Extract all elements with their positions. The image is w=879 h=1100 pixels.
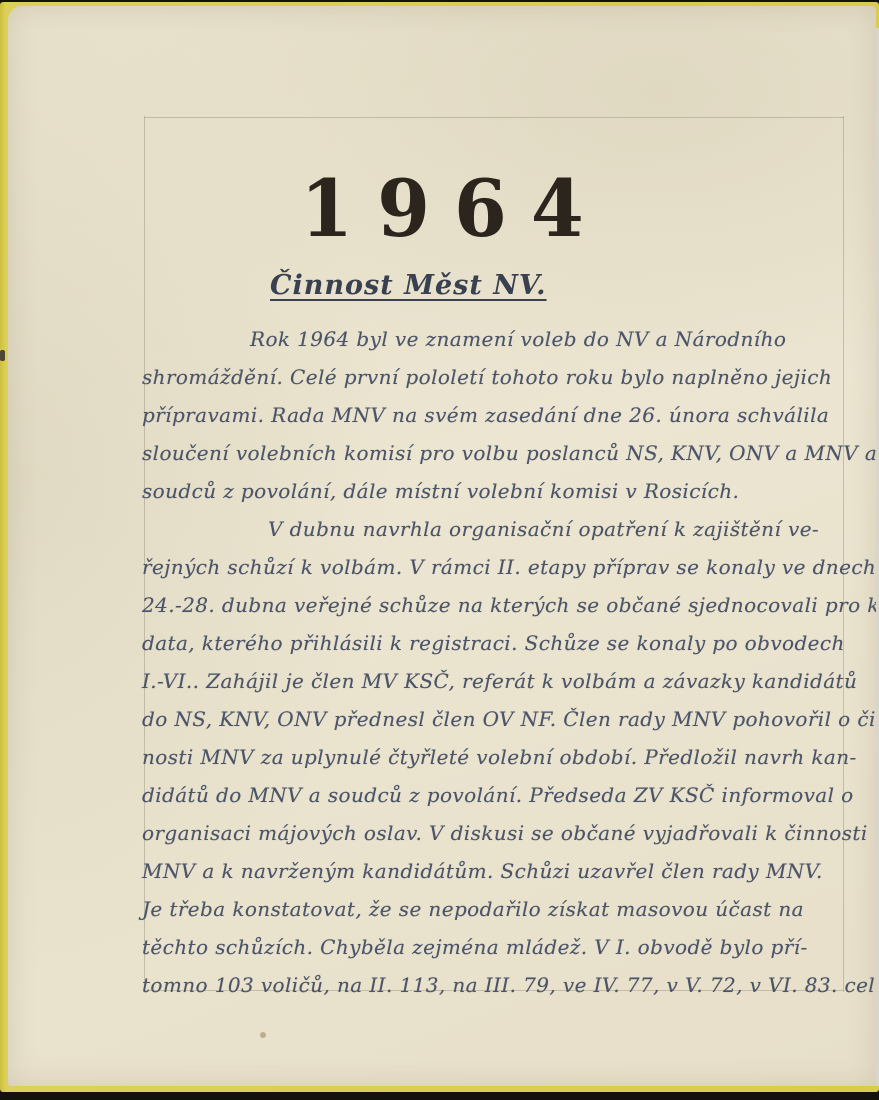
manuscript-line: Rok 1964 byl ve znamení voleb do NV a Ná… xyxy=(142,320,854,358)
manuscript-line: Je třeba konstatovat, že se nepodařilo z… xyxy=(142,890,854,928)
scanned-chronicle-photo: 1964 Činnost Měst NV. Rok 1964 byl ve zn… xyxy=(0,0,879,1100)
manuscript-line: soudců z povolání, dále místní volební k… xyxy=(142,472,854,510)
manuscript-line: I.-VI.. Zahájil je člen MV KSČ, referát … xyxy=(142,662,854,700)
chronicle-page: 1964 Činnost Měst NV. Rok 1964 byl ve zn… xyxy=(8,6,876,1086)
manuscript-line: organisaci májových oslav. V diskusi se … xyxy=(142,814,854,852)
manuscript-line: řejných schůzí k volbám. V rámci II. eta… xyxy=(142,548,854,586)
manuscript-line: přípravami. Rada MNV na svém zasedání dn… xyxy=(142,396,854,434)
paper-stain xyxy=(260,1032,266,1038)
year-stamp: 1964 xyxy=(8,162,876,255)
manuscript-line: sloučení volebních komisí pro volbu posl… xyxy=(142,434,854,472)
manuscript-line: tomno 103 voličů, na II. 113, na III. 79… xyxy=(142,966,854,1004)
manuscript-line: do NS, KNV, ONV přednesl člen OV NF. Čle… xyxy=(142,700,854,738)
manuscript-line: MNV a k navrženým kandidátům. Schůzi uza… xyxy=(142,852,854,890)
manuscript-line: shromáždění. Celé první pololetí tohoto … xyxy=(142,358,854,396)
manuscript-line: data, kterého přihlásili k registraci. S… xyxy=(142,624,854,662)
manuscript-line: didátů do MNV a soudců z povolání. Předs… xyxy=(142,776,854,814)
section-heading: Činnost Měst NV. xyxy=(270,270,547,301)
manuscript-line: nosti MNV za uplynulé čtyřleté volební o… xyxy=(142,738,854,776)
manuscript-line: 24.-28. dubna veřejné schůze na kterých … xyxy=(142,586,854,624)
cover-edge-mark xyxy=(0,350,5,361)
manuscript-line: V dubnu navrhla organisační opatření k z… xyxy=(142,510,854,548)
margin-rule-top xyxy=(144,117,844,118)
manuscript-text-block: Rok 1964 byl ve znamení voleb do NV a Ná… xyxy=(142,320,854,1004)
manuscript-line: těchto schůzích. Chyběla zejména mládež.… xyxy=(142,928,854,966)
